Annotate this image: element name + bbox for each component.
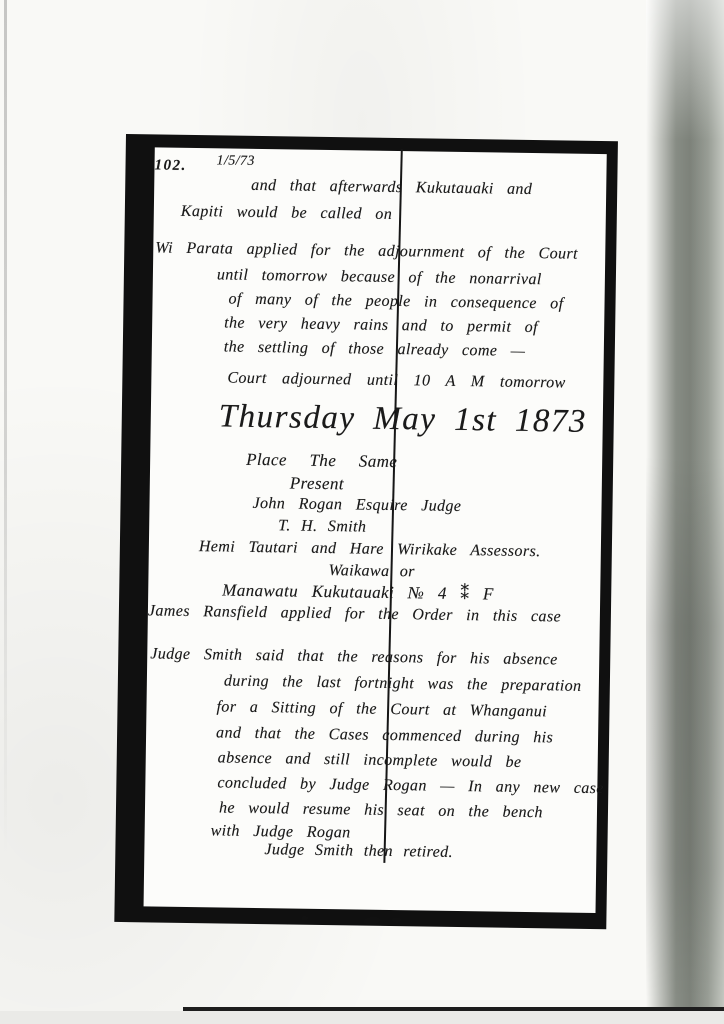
adjournment-line: Court adjourned until 10 A M tomorrow xyxy=(227,370,566,393)
toner-speck xyxy=(363,916,381,926)
manuscript-line: Kapiti would be called on xyxy=(181,203,393,224)
manuscript-line: he would resume his seat on the bench xyxy=(219,799,543,821)
manuscript-line: and that afterwards Kukutauaki and xyxy=(251,177,532,199)
manuscript-line: Judge Smith said that the reasons for hi… xyxy=(150,645,558,669)
attendee-line: John Rogan Esquire Judge xyxy=(252,495,461,516)
scanned-document-page: 102. 1/5/73 and that afterwards Kukutaua… xyxy=(0,0,724,1024)
case-location-line: Waikawa or xyxy=(328,562,415,581)
manuscript-line: and that the Cases commenced during his xyxy=(216,724,553,747)
manuscript-line: the settling of those already come — xyxy=(224,338,526,360)
case-title-line: Manawatu Kukutauaki № 4 ⁑ F xyxy=(222,581,494,604)
session-heading: Thursday May 1st 1873 xyxy=(219,398,588,440)
attendee-line: Hemi Tautari and Hare Wirikake Assessors… xyxy=(199,538,541,561)
closing-line: Judge Smith then retired. xyxy=(264,841,453,861)
toner-speck xyxy=(301,916,308,921)
application-line: James Ransfield applied for the Order in… xyxy=(148,602,561,626)
manuscript-line: concluded by Judge Rogan — In any new ca… xyxy=(217,774,604,797)
manuscript-line: with Judge Rogan xyxy=(211,822,351,842)
date-annotation: 1/5/73 xyxy=(216,153,254,169)
manuscript-line: for a Sitting of the Court at Whanganui xyxy=(216,698,547,720)
attendee-line: T. H. Smith xyxy=(278,517,366,536)
manuscript-line: during the last fortnight was the prepar… xyxy=(224,673,582,696)
scan-bottom-band xyxy=(0,1011,724,1024)
manuscript-line: absence and still incomplete would be xyxy=(218,749,522,771)
place-line: Place The Same xyxy=(246,451,397,472)
manuscript-line: until tomorrow because of the nonarrival xyxy=(217,266,542,288)
page-number: 102. xyxy=(154,157,186,174)
manuscript-line: the very heavy rains and to permit of xyxy=(224,314,538,336)
page-edge-hairline xyxy=(4,0,7,855)
present-label: Present xyxy=(290,474,344,493)
manuscript-line: of many of the people in consequence of xyxy=(228,291,563,314)
manuscript-area: 102. 1/5/73 and that afterwards Kukutaua… xyxy=(144,147,607,913)
manuscript-line: Wi Parata applied for the adjournment of… xyxy=(155,239,578,263)
book-edge-shadow xyxy=(646,0,724,1010)
ledger-page-frame: 102. 1/5/73 and that afterwards Kukutaua… xyxy=(114,134,618,929)
toner-speck xyxy=(391,917,401,923)
